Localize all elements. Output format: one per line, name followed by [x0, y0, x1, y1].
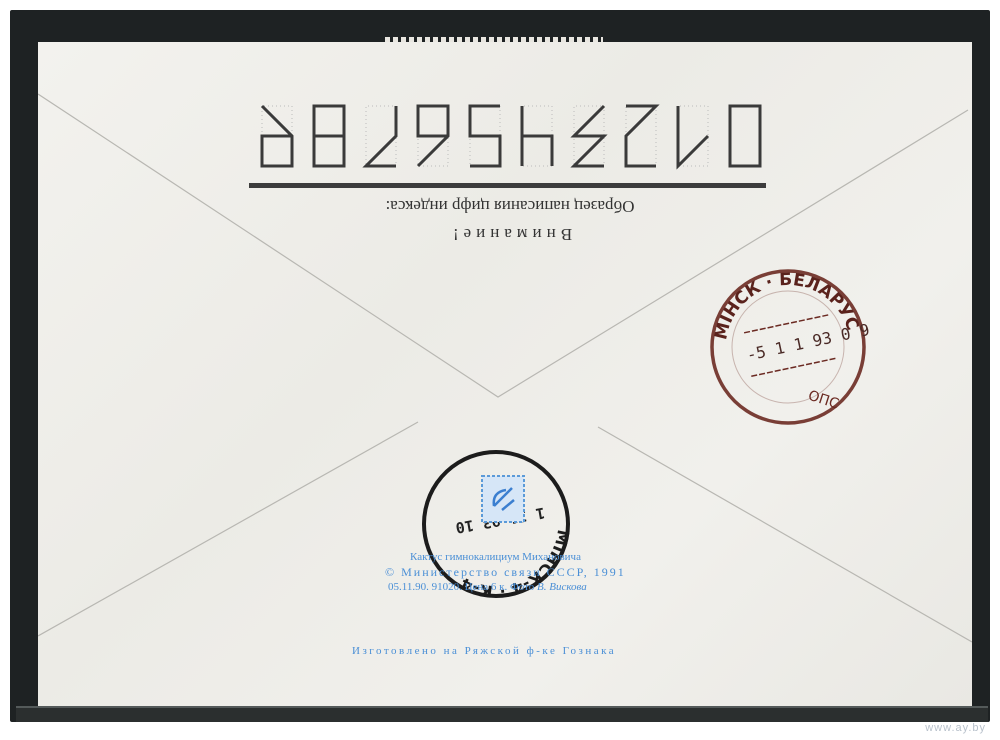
index-heading: Внимание!	[380, 224, 640, 244]
imprint-manufacturer: Изготовлено на Ряжской ф-ке Гознака	[352, 645, 616, 657]
imprint-details-text: 05.11.90. 91020. Цена 6 к. Фото	[388, 581, 537, 593]
imprint-title: Кактус гимнокалициум Михановича	[410, 551, 581, 563]
postal-index-sample-digits	[248, 100, 768, 170]
svg-text:-5 1 1 93 0 9: -5 1 1 93 0 9	[745, 320, 870, 365]
postmark-minsk-4: МІНСК-4 · К-4 1 11 93 10	[416, 444, 576, 604]
imprint-details: 05.11.90. 91020. Цена 6 к. Фото В. Виско…	[388, 581, 587, 593]
hammer-sickle-stamp-icon	[480, 474, 526, 524]
imprint-photo-author: В. Вискова	[537, 581, 587, 593]
svg-text:ОПС: ОПС	[806, 388, 841, 413]
bottom-backing-strip	[16, 706, 988, 722]
digit-cell	[730, 106, 760, 166]
postmark-minsk-belarus: МІНСК · БЕЛАРУСЬ -5 1 1 93 0 9 ОПС	[706, 262, 870, 432]
site-watermark: www.ay.by	[925, 722, 986, 734]
imprint-ministry: © Министерство связи СССР, 1991	[385, 565, 626, 580]
index-underline-rule	[249, 183, 766, 188]
index-caption: Образец написания цифр индекса:	[330, 196, 690, 216]
